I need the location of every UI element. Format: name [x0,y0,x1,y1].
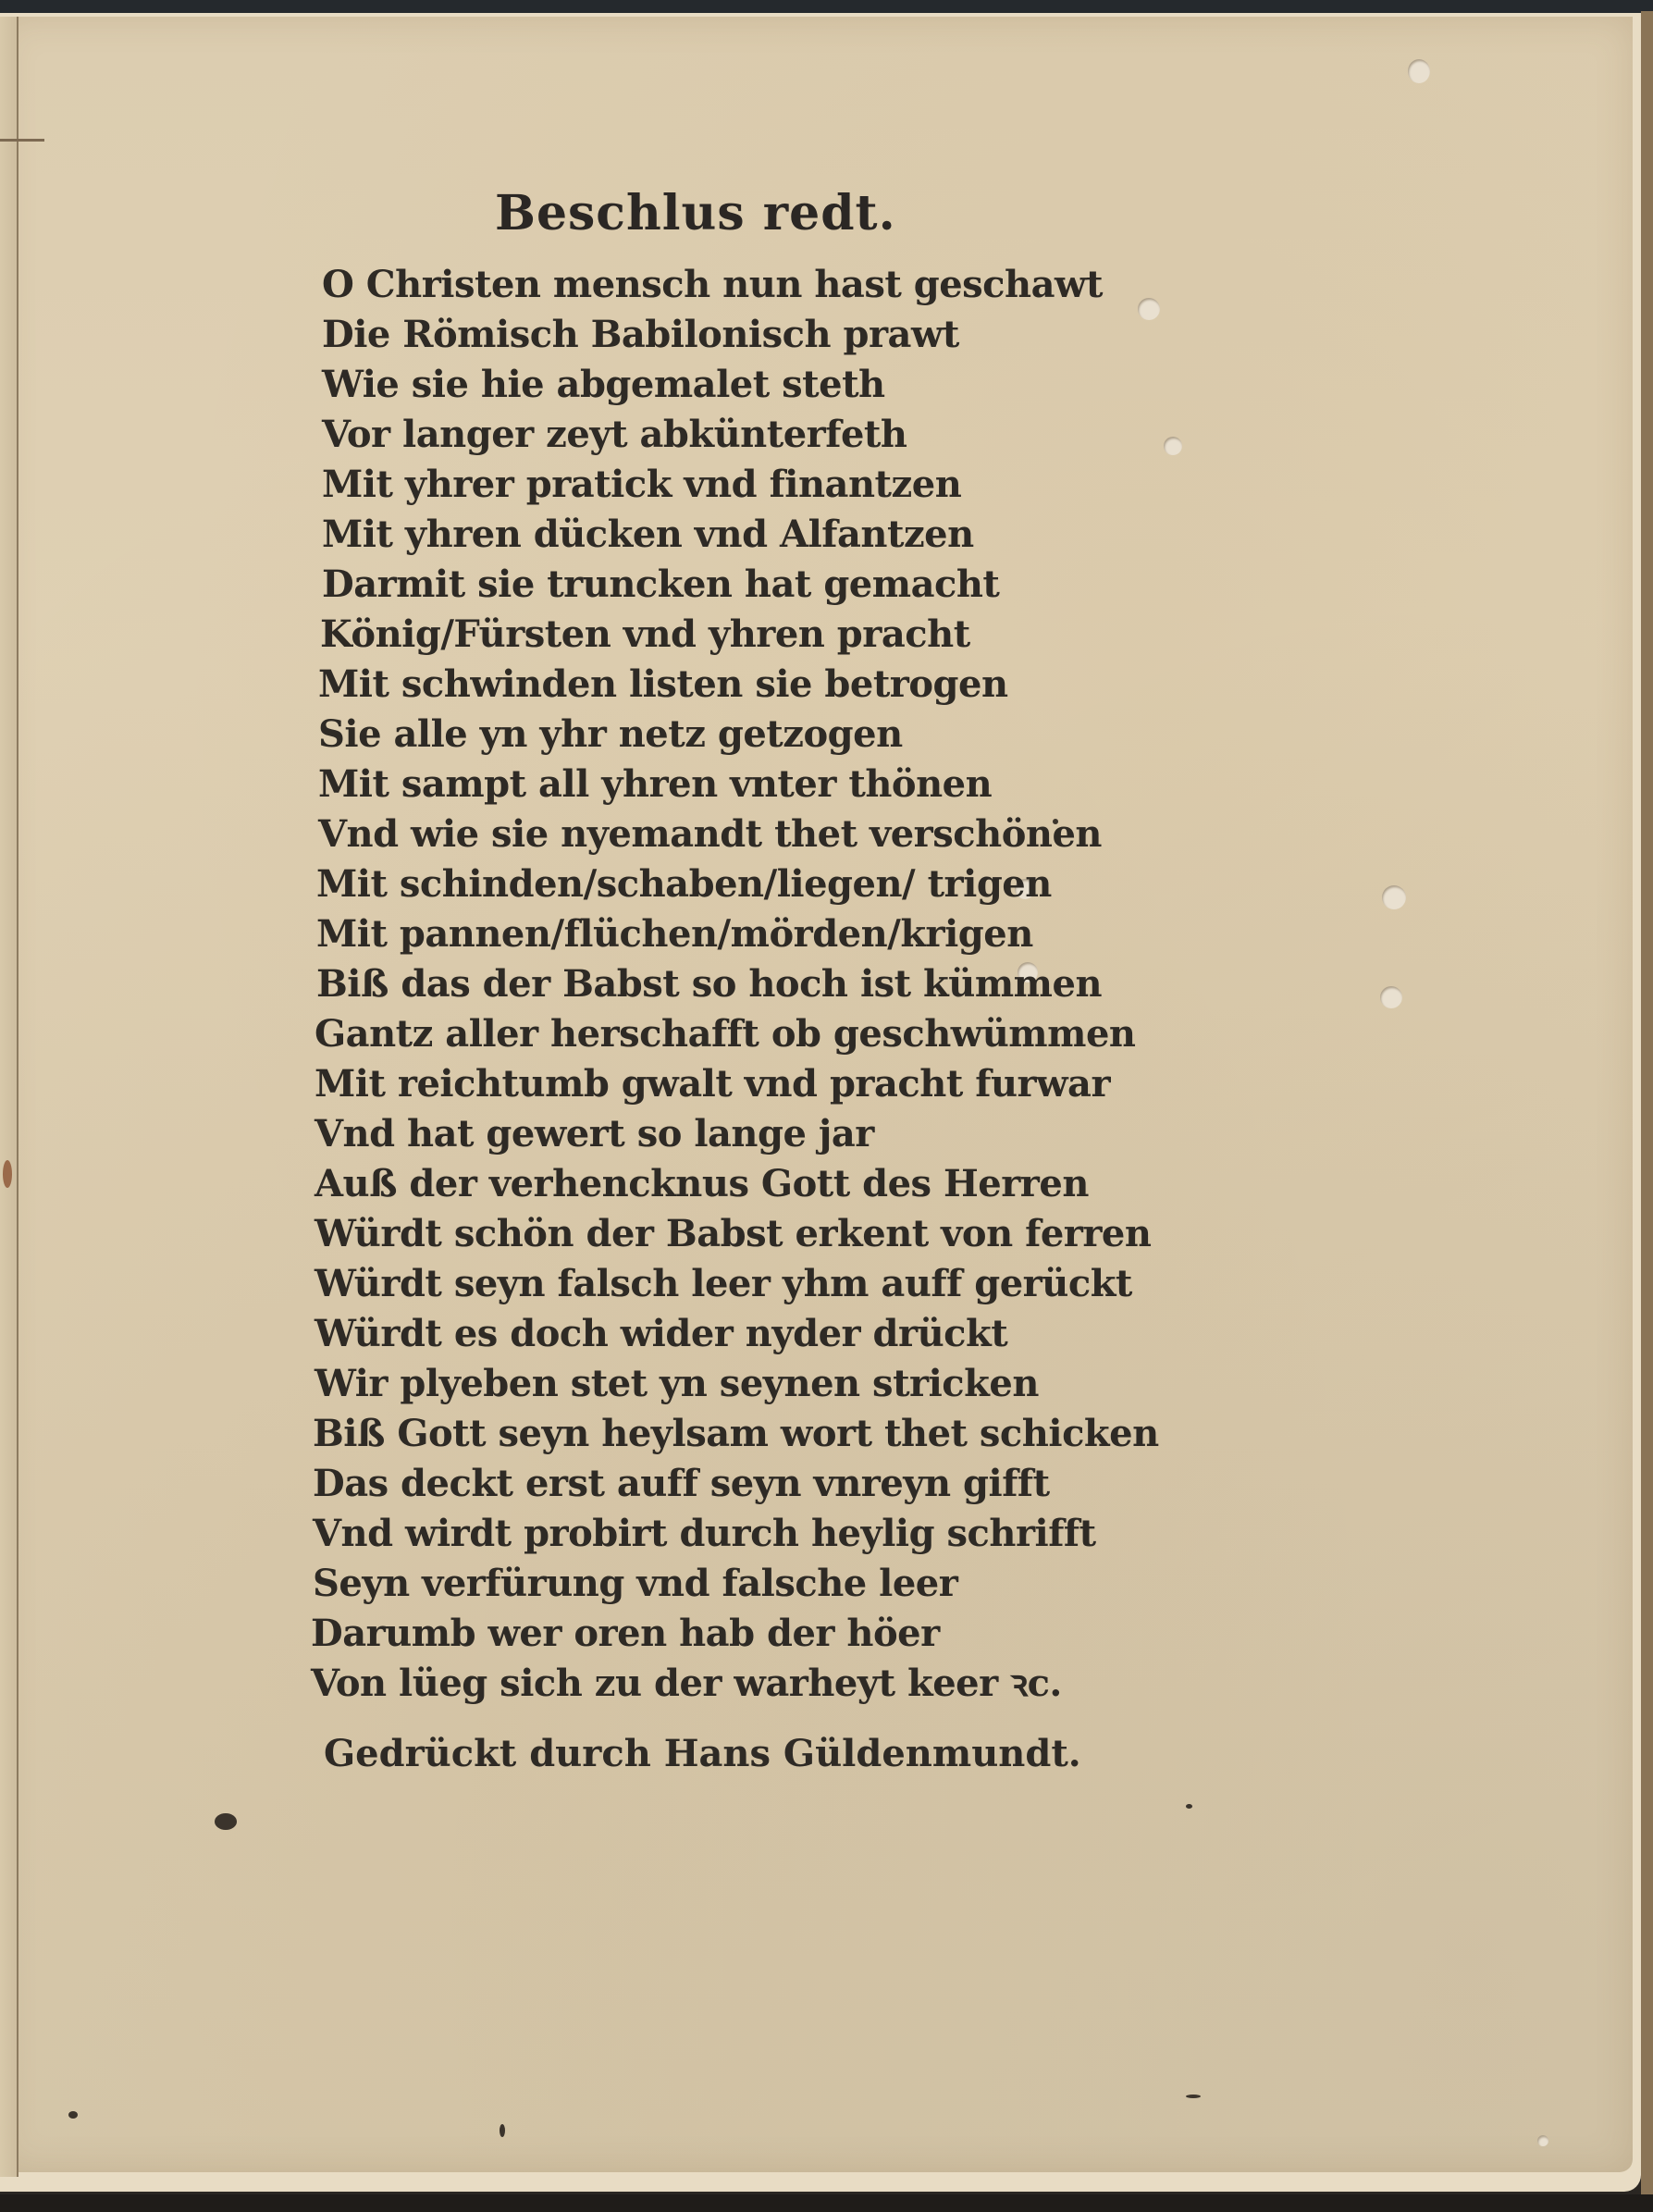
verse-line: Von lüeg sich zu der warheyt keer ꝛc. [311,1665,1062,1702]
scan-background-bottom [0,2194,1653,2212]
ink-speck [68,2111,78,2119]
ink-speck [1186,1804,1192,1809]
verse-line: Darumb wer oren hab der höer [311,1615,940,1652]
verse-line: Wie sie hie abgemalet steth [322,366,885,403]
verse-line: Vnd wirdt probirt durch heylig schrifft [313,1515,1096,1552]
verse-line: Vnd wie sie nyemandt thet verschönen [318,816,1102,853]
punch-hole [1138,298,1160,320]
punch-hole [1382,885,1406,909]
verse-line: Würdt schön der Babst erkent von ferren [315,1216,1151,1253]
verse-line: Würdt seyn falsch leer yhm auff gerückt [315,1266,1132,1303]
verse-line: Sie alle yn yhr netz getzogen [318,716,903,753]
verse-line: Mit schwinden listen sie betrogen [318,666,1008,703]
verse-line: Vnd hat gewert so lange jar [315,1116,874,1153]
verse-line: Mit schinden/schaben/liegen/ trigen [316,866,1052,903]
verse-line: Mit pannen/flüchen/mörden/krigen [316,916,1033,953]
binding-gutter [0,17,19,2177]
binding-tab [0,139,44,142]
punch-hole [1408,59,1430,83]
ink-speck [1186,2095,1201,2098]
printer-colophon: Gedrückt durch Hans Güldenmundt. [324,1732,1081,1775]
verse-line: Darmit sie truncken hat gemacht [322,566,999,603]
verse-line: Mit yhrer pratick vnd finantzen [322,466,961,503]
punch-hole [1380,986,1402,1008]
verse-line: Seyn verfürung vnd falsche leer [313,1565,957,1602]
verse-line: Biß das der Babst so hoch ist kümmen [316,966,1102,1003]
verse-line: Mit yhren dücken vnd Alfantzen [322,516,974,553]
paper-stain [3,1160,12,1188]
verse-line: Biß Gott seyn heylsam wort thet schicken [313,1415,1159,1452]
verse-line: Mit reichtumb gwalt vnd pracht furwar [315,1066,1110,1103]
verse-line: Die Römisch Babilonisch prawt [322,316,959,353]
poem-heading: Beschlus redt. [495,185,896,241]
verse-line: Wir plyeben stet yn seynen stricken [315,1366,1039,1403]
verse-line: König/Fürsten vnd yhren pracht [320,616,970,653]
verse-line: Mit sampt all yhren vnter thönen [318,766,992,803]
punch-hole [1537,2135,1548,2146]
scan-background-right [1641,11,1653,2204]
ink-blot [215,1813,237,1830]
verse-line: Würdt es doch wider nyder drückt [315,1316,1007,1353]
verse-line: Auß der verhencknus Gott des Herren [315,1166,1089,1203]
verse-line: Gantz aller herschafft ob geschwümmen [315,1016,1135,1053]
ink-speck [500,2124,505,2137]
punch-hole [1164,437,1182,455]
verse-line: O Christen mensch nun hast geschawt [322,266,1103,303]
verse-line: Vor langer zeyt abkünterfeth [322,416,907,453]
scanned-page: Beschlus redt. O Christen mensch nun has… [0,0,1653,2212]
verse-line: Das deckt erst auff seyn vnreyn gifft [313,1465,1050,1502]
